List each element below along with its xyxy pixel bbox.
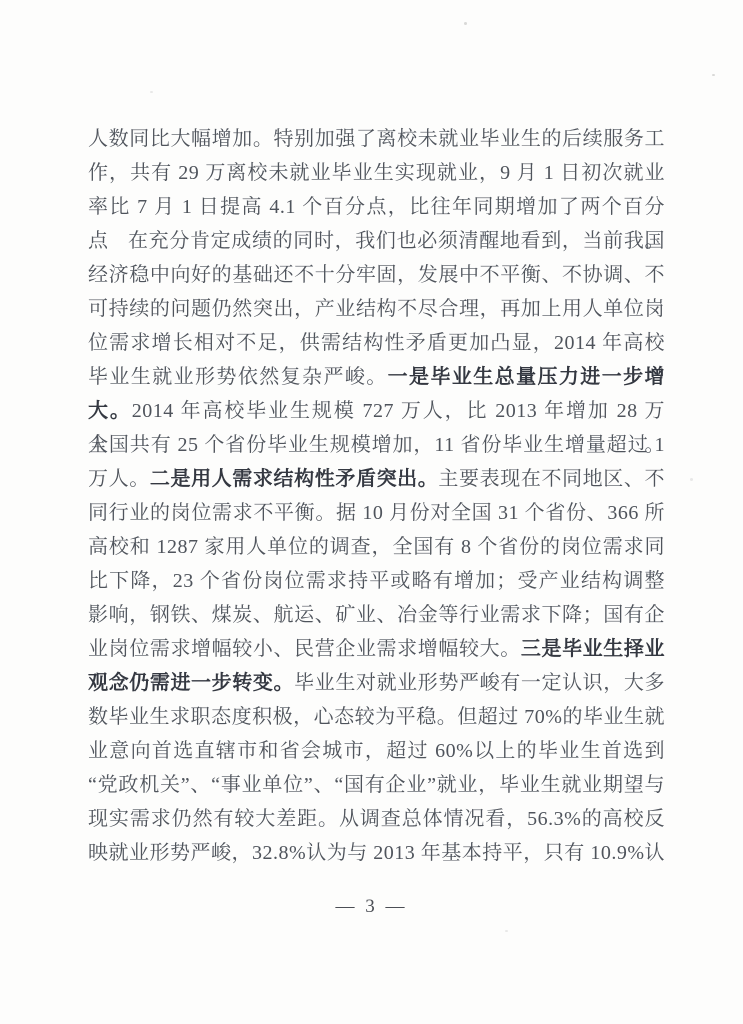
text-segment-bold: 二是用人需求结构性矛盾突出。 xyxy=(150,468,439,490)
text-segment-bold: 观念仍需进一步转变。 xyxy=(88,672,294,694)
text-line: 业意向首选直辖市和省会城市，超过 60%以上的毕业生首选到 xyxy=(88,734,665,768)
text-line: 万人。二是用人需求结构性矛盾突出。主要表现在不同地区、不 xyxy=(88,462,665,496)
text-segment: 高校和 1287 家用人单位的调查，全国有 8 个省份的岗位需求同 xyxy=(88,536,665,558)
text-line: 在充分肯定成绩的同时，我们也必须清醒地看到，当前我国 xyxy=(88,224,665,258)
text-line: 比下降，23 个省份岗位需求持平或略有增加；受产业结构调整 xyxy=(88,564,665,598)
text-line: 位需求增长相对不足，供需结构性矛盾更加凸显，2014 年高校 xyxy=(88,326,665,360)
text-segment-bold: 三是毕业生择业 xyxy=(521,638,665,660)
text-segment: 位需求增长相对不足，供需结构性矛盾更加凸显，2014 年高校 xyxy=(88,332,665,354)
text-line: 全国共有 25 个省份毕业生规模增加，11 省份毕业生增量超过 1 xyxy=(88,428,665,462)
text-segment: 数毕业生求职态度积极，心态较为平稳。但超过 70%的毕业生就 xyxy=(88,706,665,728)
text-segment: 毕业生对就业形势严峻有一定认识，大多 xyxy=(294,672,665,694)
text-segment-bold: 大。 xyxy=(88,400,132,422)
text-line: 业岗位需求增幅较小、民营企业需求增幅较大。三是毕业生择业 xyxy=(88,632,665,666)
text-segment: 人数同比大幅增加。特别加强了离校未就业毕业生的后续服务工 xyxy=(88,128,665,150)
text-segment: 现实需求仍然有较大差距。从调查总体情况看，56.3%的高校反 xyxy=(88,808,665,830)
text-segment-bold: 一是毕业生总量压力进一步增 xyxy=(388,366,665,388)
text-line: “党政机关”、“事业单位”、“国有企业”就业，毕业生就业期望与 xyxy=(88,768,665,802)
text-line: 作，共有 29 万离校未就业毕业生实现就业，9 月 1 日初次就业 xyxy=(88,156,665,190)
text-segment: 同行业的岗位需求不平衡。据 10 月份对全国 31 个省份、366 所 xyxy=(88,502,665,524)
text-segment: 业岗位需求增幅较小、民营企业需求增幅较大。 xyxy=(88,638,521,660)
text-segment: 可持续的问题仍然突出，产业结构不尽合理，再加上用人单位岗 xyxy=(88,298,665,320)
text-line: 数毕业生求职态度积极，心态较为平稳。但超过 70%的毕业生就 xyxy=(88,700,665,734)
text-line: 毕业生就业形势依然复杂严峻。一是毕业生总量压力进一步增 xyxy=(88,360,665,394)
text-segment: 影响，钢铁、煤炭、航运、矿业、冶金等行业需求下降；国有企 xyxy=(88,604,665,626)
text-segment: 在充分肯定成绩的同时，我们也必须清醒地看到，当前我国 xyxy=(128,230,665,252)
text-line: 现实需求仍然有较大差距。从调查总体情况看，56.3%的高校反 xyxy=(88,802,665,836)
scan-speck xyxy=(712,74,715,76)
text-line: 观念仍需进一步转变。毕业生对就业形势严峻有一定认识，大多 xyxy=(88,666,665,700)
scan-speck xyxy=(505,930,508,932)
scan-speck xyxy=(690,478,693,481)
text-segment: “党政机关”、“事业单位”、“国有企业”就业，毕业生就业期望与 xyxy=(88,774,665,796)
text-segment: 万人。 xyxy=(88,468,150,490)
text-line: 率比 7 月 1 日提高 4.1 个百分点，比往年同期增加了两个百分点。 xyxy=(88,190,665,224)
text-line: 大。2014 年高校毕业生规模 727 万人，比 2013 年增加 28 万人。 xyxy=(88,394,665,428)
scan-speck xyxy=(150,91,153,93)
text-segment: 全国共有 25 个省份毕业生规模增加，11 省份毕业生增量超过 1 xyxy=(88,434,665,456)
text-segment: 比下降，23 个省份岗位需求持平或略有增加；受产业结构调整 xyxy=(88,570,665,592)
text-line: 影响，钢铁、煤炭、航运、矿业、冶金等行业需求下降；国有企 xyxy=(88,598,665,632)
text-segment: 主要表现在不同地区、不 xyxy=(438,468,665,490)
text-segment: 毕业生就业形势依然复杂严峻。 xyxy=(88,366,388,388)
document-page: 人数同比大幅增加。特别加强了离校未就业毕业生的后续服务工作，共有 29 万离校未… xyxy=(0,0,743,1024)
text-line: 经济稳中向好的基础还不十分牢固，发展中不平衡、不协调、不 xyxy=(88,258,665,292)
text-segment: 作，共有 29 万离校未就业毕业生实现就业，9 月 1 日初次就业 xyxy=(88,162,665,184)
scan-speck xyxy=(464,22,467,25)
text-segment: 经济稳中向好的基础还不十分牢固，发展中不平衡、不协调、不 xyxy=(88,264,665,286)
text-line: 高校和 1287 家用人单位的调查，全国有 8 个省份的岗位需求同 xyxy=(88,530,665,564)
text-segment: 映就业形势严峻，32.8%认为与 2013 年基本持平，只有 10.9%认 xyxy=(88,842,665,864)
text-body: 人数同比大幅增加。特别加强了离校未就业毕业生的后续服务工作，共有 29 万离校未… xyxy=(88,122,665,870)
page-number: — 3 — xyxy=(0,896,743,918)
text-line: 人数同比大幅增加。特别加强了离校未就业毕业生的后续服务工 xyxy=(88,122,665,156)
text-line: 同行业的岗位需求不平衡。据 10 月份对全国 31 个省份、366 所 xyxy=(88,496,665,530)
text-segment: 业意向首选直辖市和省会城市，超过 60%以上的毕业生首选到 xyxy=(88,740,665,762)
text-line: 可持续的问题仍然突出，产业结构不尽合理，再加上用人单位岗 xyxy=(88,292,665,326)
text-line: 映就业形势严峻，32.8%认为与 2013 年基本持平，只有 10.9%认 xyxy=(88,836,665,870)
